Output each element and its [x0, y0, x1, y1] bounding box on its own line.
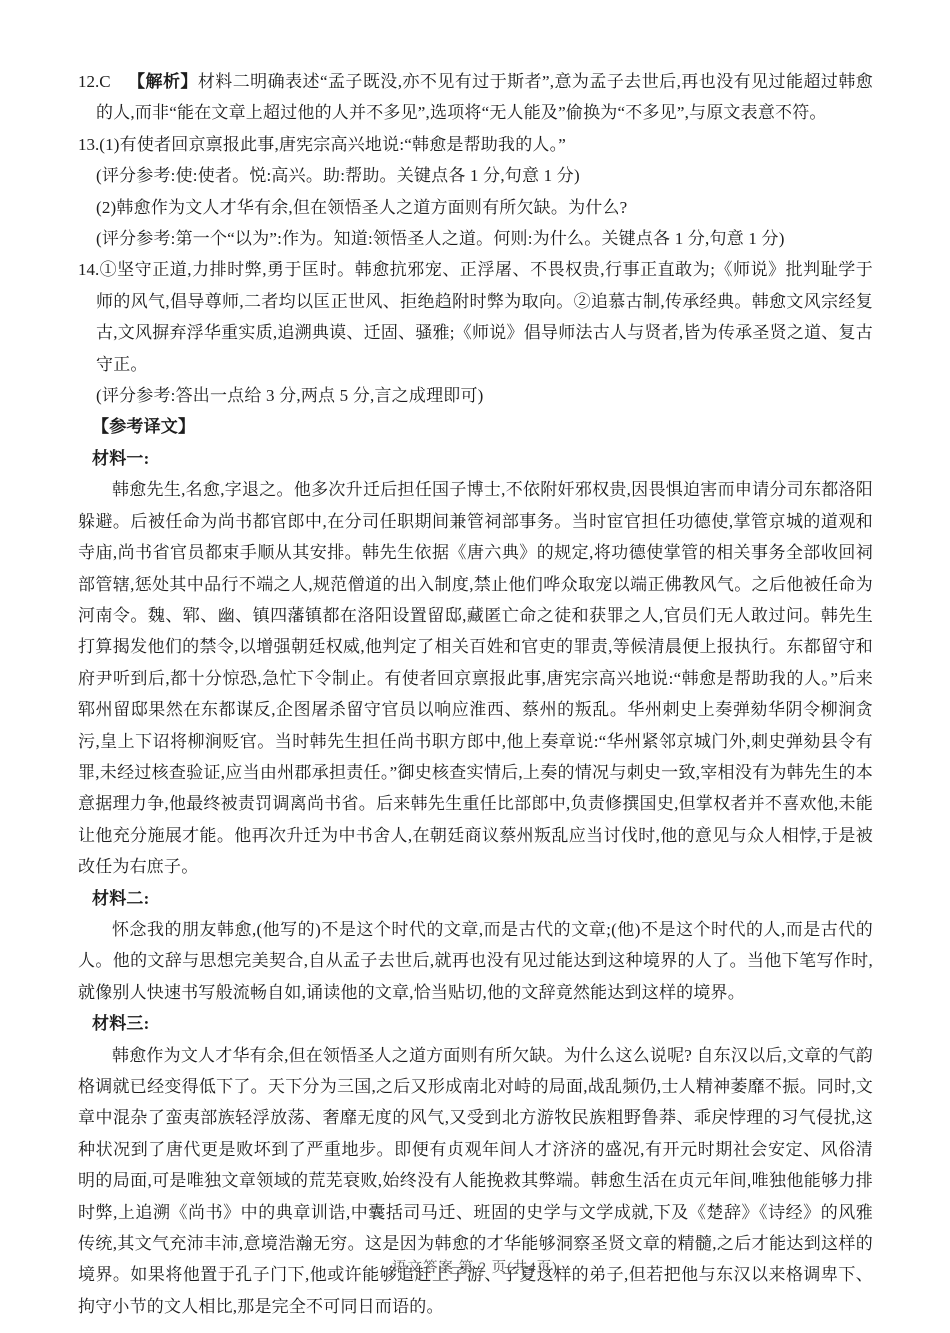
answer-14-scoring: (评分参考:答出一点给 3 分,两点 5 分,言之成理即可)	[96, 380, 873, 411]
answer-13-part1: (1)有使者回京禀报此事,唐宪宗高兴地说:“韩愈是帮助我的人。”	[99, 135, 566, 154]
question-14-number: 14.	[78, 260, 99, 279]
translation-section-1: 材料一: 韩愈先生,名愈,字退之。他多次升迁后担任国子博士,不依附奸邪权贵,因畏…	[78, 443, 873, 883]
analysis-text: 材料二明确表述“孟子既没,亦不见有过于斯者”,意为孟子去世后,再也没有见过能超过…	[96, 72, 873, 122]
answer-item-13: 13.(1)有使者回京禀报此事,唐宪宗高兴地说:“韩愈是帮助我的人。” (评分参…	[78, 129, 873, 255]
material-1-paragraph: 韩愈先生,名愈,字退之。他多次升迁后担任国子博士,不依附奸邪权贵,因畏惧迫害而申…	[78, 474, 873, 882]
answer-item-14: 14.①坚守正道,力排时弊,勇于匡时。韩愈抗邪宠、正浮屠、不畏权贵,行事正直敢为…	[78, 254, 873, 411]
answer-14-body: ①坚守正道,力排时弊,勇于匡时。韩愈抗邪宠、正浮屠、不畏权贵,行事正直敢为;《师…	[96, 260, 873, 373]
translation-section-2: 材料二: 怀念我的朋友韩愈,(他写的)不是这个时代的文章,而是古代的文章;(他)…	[78, 883, 873, 1009]
spacer	[111, 72, 128, 91]
material-3-label: 材料三:	[92, 1008, 873, 1039]
answer-13-part2: (2)韩愈作为文人才华有余,但在领悟圣人之道方面则有所欠缺。为什么?	[96, 192, 873, 223]
answer-13-scoring-2: (评分参考:第一个“以为”:作为。知道:领悟圣人之道。何则:为什么。关键点各 1…	[96, 223, 873, 254]
translation-heading: 【参考译文】	[92, 411, 873, 442]
page-footer: 语文答案 第 2 页(共4页)	[0, 1258, 950, 1284]
question-12-number: 12.C	[78, 72, 111, 91]
answer-13-scoring-1: (评分参考:使:使者。悦:高兴。助:帮助。关键点各 1 分,句意 1 分)	[96, 160, 873, 191]
material-2-label: 材料二:	[92, 883, 873, 914]
material-2-paragraph: 怀念我的朋友韩愈,(他写的)不是这个时代的文章,而是古代的文章;(他)不是这个时…	[78, 914, 873, 1008]
answer-13-line-1: 13.(1)有使者回京禀报此事,唐宪宗高兴地说:“韩愈是帮助我的人。”	[96, 129, 873, 160]
question-13-number: 13.	[78, 135, 99, 154]
answer-key-content: 12.C 【解析】材料二明确表述“孟子既没,亦不见有过于斯者”,意为孟子去世后,…	[78, 66, 873, 1322]
analysis-label: 【解析】	[128, 72, 198, 91]
answer-14-text: 14.①坚守正道,力排时弊,勇于匡时。韩愈抗邪宠、正浮屠、不畏权贵,行事正直敢为…	[96, 254, 873, 380]
page-number-label: 语文答案 第 2 页(共4页)	[392, 1260, 558, 1276]
answer-item-12: 12.C 【解析】材料二明确表述“孟子既没,亦不见有过于斯者”,意为孟子去世后,…	[78, 66, 873, 129]
material-1-label: 材料一:	[92, 443, 873, 474]
answer-12-text: 12.C 【解析】材料二明确表述“孟子既没,亦不见有过于斯者”,意为孟子去世后,…	[96, 66, 873, 129]
